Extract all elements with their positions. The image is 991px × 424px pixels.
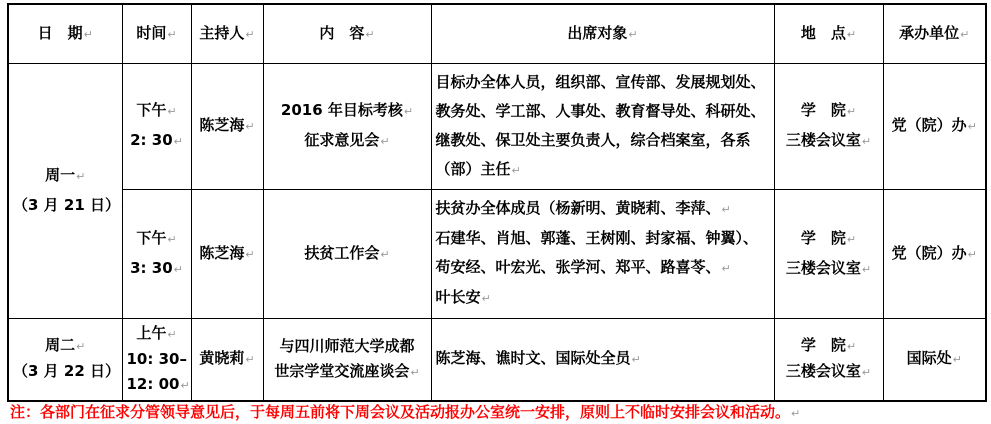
cell-date-tuesday: 周二↵ （3 月 22 日）↵ <box>8 318 122 401</box>
organizer-name: 国际处 <box>907 349 952 367</box>
time-value: 12: 00 <box>127 375 180 393</box>
paragraph-mark-icon: ↵ <box>410 366 419 379</box>
cell-attendees: 目标办全体人员，组织部、宣传部、发展规划处、教务处、学工部、人事处、教育督导处、… <box>431 63 774 189</box>
paragraph-mark-icon: ↵ <box>722 262 731 275</box>
paragraph-mark-icon: ↵ <box>847 340 856 353</box>
paragraph-mark-icon: ↵ <box>245 28 254 41</box>
cell-attendees: 扶贫办全体成员（杨新明、黄晓莉、李萍、↵ 石建华、肖旭、郭蓬、王树刚、封家福、钟… <box>431 189 774 318</box>
header-row: 日 期↵ 时间↵ 主持人↵ 内 容↵ 出席对象↵ 地 点↵ 承办单位↵ <box>8 4 986 63</box>
paragraph-mark-icon: ↵ <box>84 28 93 41</box>
schedule-page: 日 期↵ 时间↵ 主持人↵ 内 容↵ 出席对象↵ 地 点↵ 承办单位↵ 周一↵ … <box>0 0 991 424</box>
header-time-label: 时间 <box>136 24 166 42</box>
paragraph-mark-icon: ↵ <box>482 292 491 305</box>
location-line: 学 院 <box>801 101 846 119</box>
cell-host: 陈芝海↵ <box>191 63 263 189</box>
header-organizer: 承办单位↵ <box>883 4 986 63</box>
cell-organizer: 国际处↵ <box>883 318 986 401</box>
time-value: 2: 30 <box>130 131 173 149</box>
paragraph-mark-icon: ↵ <box>380 135 389 148</box>
time-value: 10: 30– <box>127 350 187 368</box>
cell-host: 陈芝海↵ <box>191 189 263 318</box>
organizer-name: 党（院）办 <box>892 116 967 134</box>
host-name: 陈芝海 <box>199 244 244 262</box>
header-attendees: 出席对象↵ <box>431 4 774 63</box>
content-line: 扶贫工作会 <box>304 244 379 262</box>
host-name: 陈芝海 <box>199 116 244 134</box>
schedule-row-monday-1: 周一↵ （3 月 21 日）↵ 下午↵ 2: 30↵ 陈芝海↵ 2016 年目标… <box>8 63 986 189</box>
paragraph-mark-icon: ↵ <box>632 353 641 366</box>
paragraph-mark-icon: ↵ <box>76 170 85 183</box>
cell-content: 与四川师范大学成都 世宗学堂交流座谈会↵ <box>263 318 431 401</box>
paragraph-mark-icon: ↵ <box>953 353 962 366</box>
location-line: 三楼会议室 <box>786 131 861 149</box>
location-line: 三楼会议室 <box>786 362 861 380</box>
header-host: 主持人↵ <box>191 4 263 63</box>
paragraph-mark-icon: ↵ <box>167 105 176 118</box>
header-attendees-label: 出席对象 <box>567 24 627 42</box>
header-content-label: 内 容 <box>319 24 364 42</box>
header-organizer-label: 承办单位 <box>899 24 959 42</box>
cell-time: 下午↵ 3: 30↵ <box>122 189 191 318</box>
paragraph-mark-icon: ↵ <box>245 353 254 366</box>
paragraph-mark-icon: ↵ <box>76 340 85 353</box>
content-line: 征求意见会 <box>304 131 379 149</box>
paragraph-mark-icon: ↵ <box>245 120 254 133</box>
date-full: （3 月 21 日） <box>13 196 120 214</box>
paragraph-mark-icon: ↵ <box>960 28 969 41</box>
paragraph-mark-icon: ↵ <box>847 28 856 41</box>
schedule-row-tuesday: 周二↵ （3 月 22 日）↵ 上午↵ 10: 30– 12: 00↵ 黄晓莉↵… <box>8 318 986 401</box>
paragraph-mark-icon: ↵ <box>968 120 977 133</box>
paragraph-mark-icon: ↵ <box>862 263 871 276</box>
paragraph-mark-icon: ↵ <box>968 248 977 261</box>
time-period: 下午 <box>136 229 166 247</box>
location-line: 三楼会议室 <box>786 259 861 277</box>
content-line: 世宗学堂交流座谈会 <box>274 362 409 380</box>
attendees-text: 叶长安 <box>436 288 481 306</box>
host-name: 黄晓莉 <box>199 349 244 367</box>
paragraph-mark-icon: ↵ <box>245 248 254 261</box>
cell-content: 2016 年目标考核↵ 征求意见会↵ <box>263 63 431 189</box>
header-time: 时间↵ <box>122 4 191 63</box>
paragraph-mark-icon: ↵ <box>167 233 176 246</box>
cell-host: 黄晓莉↵ <box>191 318 263 401</box>
organizer-name: 党（院）办 <box>892 244 967 262</box>
paragraph-mark-icon: ↵ <box>847 105 856 118</box>
paragraph-mark-icon: ↵ <box>404 105 413 118</box>
time-period: 上午 <box>136 324 166 342</box>
header-location-label: 地 点 <box>801 24 846 42</box>
cell-location: 学 院↵ 三楼会议室↵ <box>774 318 883 401</box>
cell-organizer: 党（院）办↵ <box>883 63 986 189</box>
paragraph-mark-icon: ↵ <box>167 328 176 341</box>
paragraph-mark-icon: ↵ <box>862 135 871 148</box>
header-date: 日 期↵ <box>8 4 122 63</box>
cell-organizer: 党（院）办↵ <box>883 189 986 318</box>
time-value: 3: 30 <box>130 259 173 277</box>
attendees-text: 扶贫办全体成员（杨新明、黄晓莉、李萍、 <box>436 199 721 217</box>
paragraph-mark-icon: ↵ <box>174 135 183 148</box>
header-date-label: 日 期 <box>38 24 83 42</box>
paragraph-mark-icon: ↵ <box>167 28 176 41</box>
schedule-row-monday-2: 下午↵ 3: 30↵ 陈芝海↵ 扶贫工作会↵ 扶贫办全体成员（杨新明、黄晓莉、李… <box>8 189 986 318</box>
header-location: 地 点↵ <box>774 4 883 63</box>
paragraph-mark-icon: ↵ <box>791 407 800 420</box>
paragraph-mark-icon: ↵ <box>628 28 637 41</box>
paragraph-mark-icon: ↵ <box>862 366 871 379</box>
location-line: 学 院 <box>801 229 846 247</box>
footer-note-text: 注：各部门在征求分管领导意见后，于每周五前将下周会议及活动报办公室统一安排，原则… <box>10 403 790 421</box>
paragraph-mark-icon: ↵ <box>365 28 374 41</box>
footer-note: 注：各部门在征求分管领导意见后，于每周五前将下周会议及活动报办公室统一安排，原则… <box>10 401 985 422</box>
paragraph-mark-icon: ↵ <box>847 233 856 246</box>
attendees-text: 目标办全体人员，组织部、宣传部、发展规划处、教务处、学工部、人事处、教育督导处、… <box>436 73 766 178</box>
paragraph-mark-icon: ↵ <box>722 203 731 216</box>
cell-location: 学 院↵ 三楼会议室↵ <box>774 189 883 318</box>
cell-location: 学 院↵ 三楼会议室↵ <box>774 63 883 189</box>
time-period: 下午 <box>136 101 166 119</box>
cell-attendees: 陈芝海、谯时文、国际处全员↵ <box>431 318 774 401</box>
meeting-schedule-table: 日 期↵ 时间↵ 主持人↵ 内 容↵ 出席对象↵ 地 点↵ 承办单位↵ 周一↵ … <box>7 3 987 402</box>
date-weekday: 周二 <box>45 336 75 354</box>
cell-content: 扶贫工作会↵ <box>263 189 431 318</box>
header-content: 内 容↵ <box>263 4 431 63</box>
cell-time: 下午↵ 2: 30↵ <box>122 63 191 189</box>
cell-time: 上午↵ 10: 30– 12: 00↵ <box>122 318 191 401</box>
date-weekday: 周一 <box>45 166 75 184</box>
attendees-text: 陈芝海、谯时文、国际处全员 <box>436 349 631 367</box>
content-line: 与四川师范大学成都 <box>279 337 414 355</box>
paragraph-mark-icon: ↵ <box>174 263 183 276</box>
cell-date-monday: 周一↵ （3 月 21 日）↵ <box>8 63 122 318</box>
attendees-text: 石建华、肖旭、郭蓬、王树刚、封家福、钟翼）、苟安经、叶宏光、张学河、郑平、路喜苓… <box>436 229 759 276</box>
content-line: 2016 年目标考核 <box>281 101 403 119</box>
header-host-label: 主持人 <box>199 24 244 42</box>
paragraph-mark-icon: ↵ <box>512 164 521 177</box>
location-line: 学 院 <box>801 336 846 354</box>
paragraph-mark-icon: ↵ <box>380 248 389 261</box>
date-full: （3 月 22 日） <box>13 362 120 380</box>
paragraph-mark-icon: ↵ <box>180 379 189 392</box>
